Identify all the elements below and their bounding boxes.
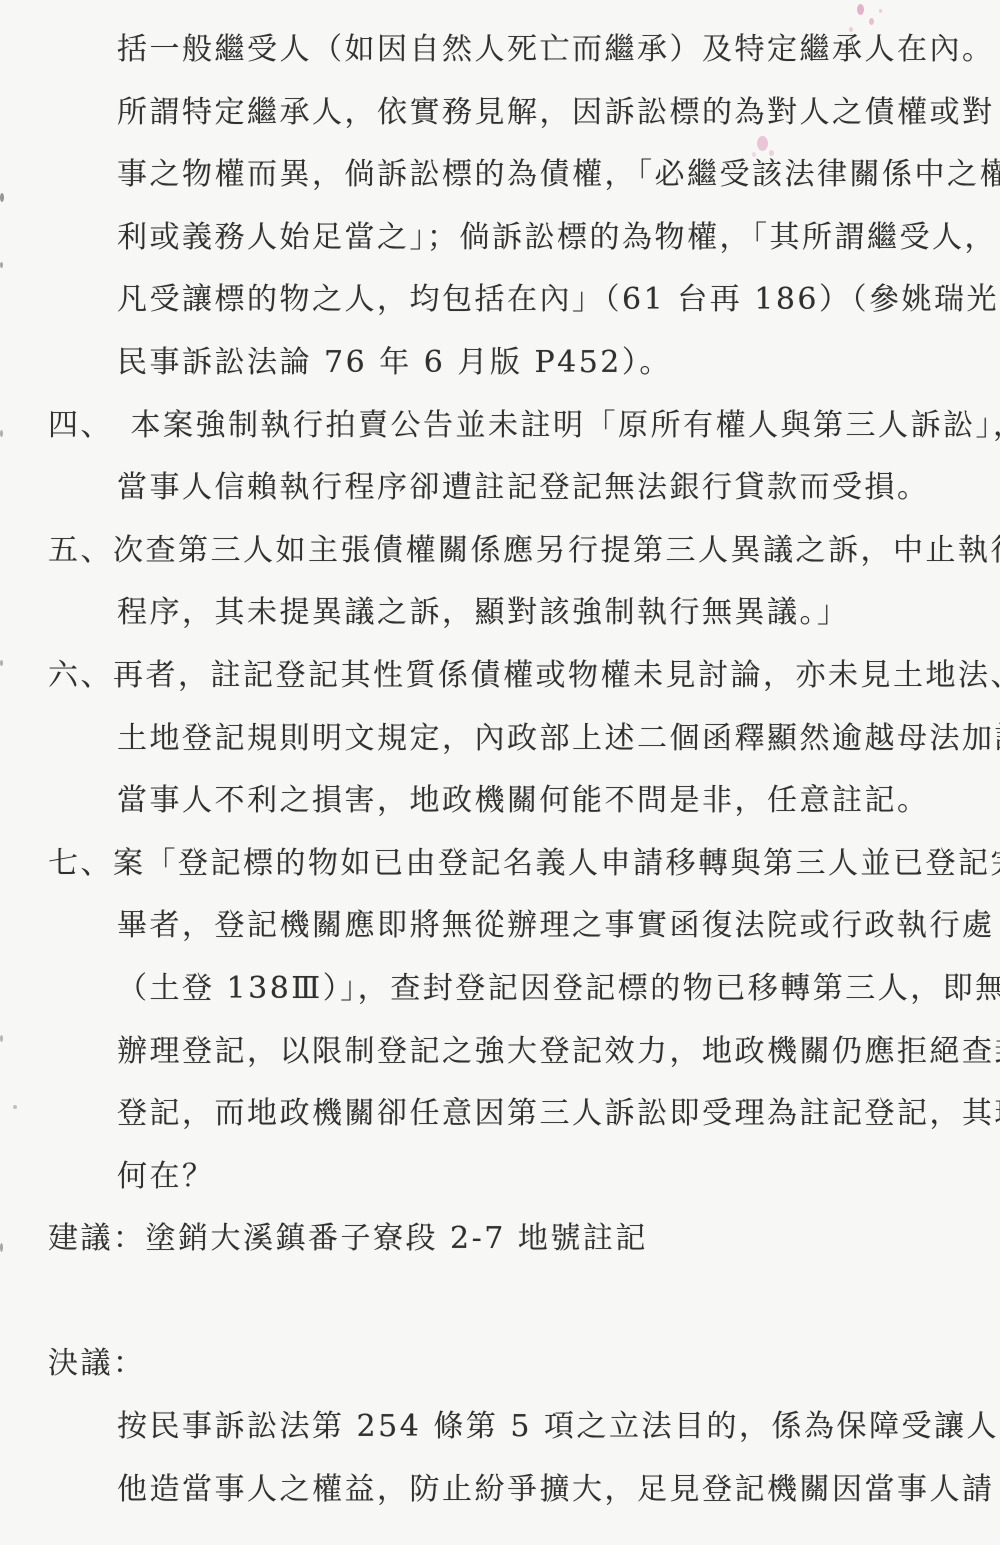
scan-speckle	[0, 193, 4, 202]
scan-speckle	[879, 9, 882, 13]
text-line: 辦理登記，以限制登記之強大登記效力，地政機關仍應拒絕查封	[0, 1021, 1000, 1084]
text-line: （土登 138Ⅲ）」，查封登記因登記標的物已移轉第三人，即無從	[0, 958, 1000, 1021]
text-line: 四、 本案強制執行拍賣公告並未註明「原所有權人與第三人訴訟」，	[0, 395, 1000, 458]
scan-speckle	[0, 262, 3, 268]
scan-speckle	[0, 1035, 3, 1042]
text-line: 所謂特定繼承人，依實務見解，因訴訟標的為對人之債權或對	[0, 82, 1000, 145]
scan-speckle	[769, 150, 774, 156]
text-line: 登記，而地政機關卻任意因第三人訴訟即受理為註記登記，其理	[0, 1083, 1000, 1146]
text-line: 按民事訴訟法第 254 條第 5 項之立法目的，係為保障受讓人及	[0, 1396, 1000, 1459]
text-line: 七、案「登記標的物如已由登記名義人申請移轉與第三人並已登記完	[0, 833, 1000, 896]
text-line: 程序，其未提異議之訴，顯對該強制執行無異議。」	[0, 582, 1000, 645]
text-line: 決議：	[0, 1333, 1000, 1396]
scan-speckle	[757, 136, 768, 151]
text-line: 當事人信賴執行程序卻遭註記登記無法銀行貸款而受損。	[0, 457, 1000, 520]
scan-speckle	[0, 1243, 3, 1252]
text-line: 利或義務人始足當之」；倘訴訟標的為物權，「其所謂繼受人，	[0, 207, 1000, 270]
text-line: 事之物權而異，倘訴訟標的為債權，「必繼受該法律關係中之權	[0, 144, 1000, 207]
blank-line	[0, 1271, 1000, 1334]
scan-speckle	[13, 1105, 17, 1109]
scan-speckle	[752, 152, 756, 157]
text-line: 六、再者，註記登記其性質係債權或物權未見討論，亦未見土地法、	[0, 645, 1000, 708]
text-line: 建議：塗銷大溪鎮番子寮段 2-7 地號註記	[0, 1208, 1000, 1271]
text-line: 畢者，登記機關應即將無從辦理之事實函復法院或行政執行處	[0, 895, 1000, 958]
text-line: 凡受讓標的物之人，均包括在內」（61 台再 186）（參姚瑞光著	[0, 269, 1000, 332]
scan-speckle	[0, 660, 3, 666]
scan-speckle	[857, 4, 864, 15]
text-line: 他造當事人之權益，防止紛爭擴大，足見登記機關因當事人請	[0, 1459, 1000, 1522]
document-text: 括一般繼受人（如因自然人死亡而繼承）及特定繼承人在內。所謂特定繼承人，依實務見解…	[0, 19, 1000, 1521]
scanned-page: 括一般繼受人（如因自然人死亡而繼承）及特定繼承人在內。所謂特定繼承人，依實務見解…	[0, 0, 1000, 1545]
scan-speckle	[0, 430, 3, 437]
scan-speckle	[849, 27, 853, 32]
text-line: 土地登記規則明文規定，內政部上述二個函釋顯然逾越母法加諸	[0, 708, 1000, 771]
text-line: 民事訴訟法論 76 年 6 月版 P452）。	[0, 332, 1000, 395]
scan-speckle	[869, 18, 874, 25]
text-line: 當事人不利之損害，地政機關何能不問是非，任意註記。	[0, 770, 1000, 833]
text-line: 五、次查第三人如主張債權關係應另行提第三人異議之訴，中止執行	[0, 520, 1000, 583]
text-line: 何在？	[0, 1146, 1000, 1209]
